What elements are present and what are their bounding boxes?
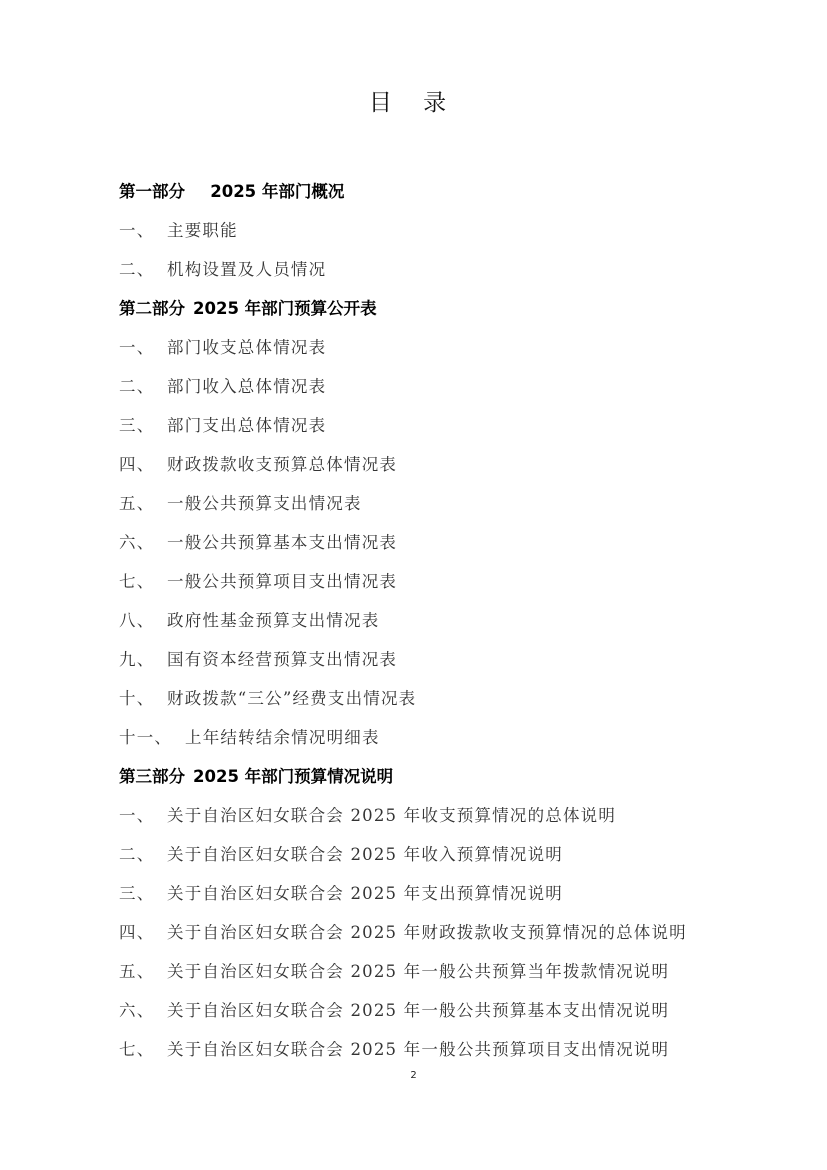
page-number: 2 [0, 1070, 827, 1081]
item-text: 关于自治区妇女联合会 2025 年收入预算情况说明 [167, 841, 563, 869]
item-number: 一、 [119, 217, 167, 245]
toc-item[interactable]: 五、一般公共预算支出情况表 [119, 484, 759, 523]
toc-item[interactable]: 七、关于自治区妇女联合会 2025 年一般公共预算项目支出情况说明 [119, 1030, 759, 1069]
toc-title: 目 录 [0, 84, 827, 117]
item-text: 一般公共预算项目支出情况表 [167, 568, 397, 596]
item-number: 七、 [119, 1036, 167, 1064]
part-heading: 2025 年部门预算公开表 [193, 295, 377, 323]
item-number: 七、 [119, 568, 167, 596]
toc-item[interactable]: 一、关于自治区妇女联合会 2025 年收支预算情况的总体说明 [119, 796, 759, 835]
part-label: 第三部分 [119, 763, 185, 791]
item-text: 关于自治区妇女联合会 2025 年支出预算情况说明 [167, 880, 563, 908]
toc-item[interactable]: 十、财政拨款“三公”经费支出情况表 [119, 679, 759, 718]
item-text: 关于自治区妇女联合会 2025 年一般公共预算当年拨款情况说明 [167, 958, 669, 986]
toc-item[interactable]: 六、一般公共预算基本支出情况表 [119, 523, 759, 562]
item-number: 六、 [119, 997, 167, 1025]
toc-item[interactable]: 二、关于自治区妇女联合会 2025 年收入预算情况说明 [119, 835, 759, 874]
toc-item[interactable]: 七、一般公共预算项目支出情况表 [119, 562, 759, 601]
toc-item[interactable]: 九、国有资本经营预算支出情况表 [119, 640, 759, 679]
part-heading: 2025 年部门概况 [210, 178, 344, 206]
item-number: 二、 [119, 256, 167, 284]
item-text: 主要职能 [167, 217, 238, 245]
item-text: 国有资本经营预算支出情况表 [167, 646, 397, 674]
item-number: 五、 [119, 958, 167, 986]
item-text: 机构设置及人员情况 [167, 256, 326, 284]
item-number: 一、 [119, 334, 167, 362]
item-text: 一般公共预算基本支出情况表 [167, 529, 397, 557]
item-text: 关于自治区妇女联合会 2025 年一般公共预算基本支出情况说明 [167, 997, 669, 1025]
toc-item[interactable]: 四、关于自治区妇女联合会 2025 年财政拨款收支预算情况的总体说明 [119, 913, 759, 952]
part-label: 第一部分 [119, 178, 185, 206]
item-number: 四、 [119, 919, 167, 947]
item-number: 三、 [119, 880, 167, 908]
item-number: 二、 [119, 841, 167, 869]
toc-item[interactable]: 五、关于自治区妇女联合会 2025 年一般公共预算当年拨款情况说明 [119, 952, 759, 991]
item-number: 三、 [119, 412, 167, 440]
toc-item[interactable]: 十一、上年结转结余情况明细表 [119, 718, 759, 757]
item-number: 十、 [119, 685, 167, 713]
item-text: 关于自治区妇女联合会 2025 年收支预算情况的总体说明 [167, 802, 616, 830]
item-number: 四、 [119, 451, 167, 479]
toc-item[interactable]: 一、部门收支总体情况表 [119, 328, 759, 367]
item-number: 二、 [119, 373, 167, 401]
toc-item[interactable]: 二、部门收入总体情况表 [119, 367, 759, 406]
item-text: 一般公共预算支出情况表 [167, 490, 362, 518]
toc-item[interactable]: 三、关于自治区妇女联合会 2025 年支出预算情况说明 [119, 874, 759, 913]
item-number: 九、 [119, 646, 167, 674]
toc-part-1[interactable]: 第一部分 2025 年部门概况 [119, 172, 759, 211]
item-number: 五、 [119, 490, 167, 518]
item-text: 财政拨款“三公”经费支出情况表 [167, 685, 416, 713]
toc-item[interactable]: 四、财政拨款收支预算总体情况表 [119, 445, 759, 484]
toc-item[interactable]: 八、政府性基金预算支出情况表 [119, 601, 759, 640]
item-text: 部门收入总体情况表 [167, 373, 326, 401]
table-of-contents: 第一部分 2025 年部门概况 一、 主要职能 二、 机构设置及人员情况 第二部… [119, 172, 759, 1069]
item-text: 关于自治区妇女联合会 2025 年财政拨款收支预算情况的总体说明 [167, 919, 687, 947]
part-label: 第二部分 [119, 295, 185, 323]
item-number: 十一、 [119, 724, 185, 752]
toc-part-2[interactable]: 第二部分 2025 年部门预算公开表 [119, 289, 759, 328]
item-text: 上年结转结余情况明细表 [185, 724, 380, 752]
toc-item[interactable]: 二、 机构设置及人员情况 [119, 250, 759, 289]
item-text: 部门支出总体情况表 [167, 412, 326, 440]
item-number: 一、 [119, 802, 167, 830]
item-number: 八、 [119, 607, 167, 635]
toc-item[interactable]: 一、 主要职能 [119, 211, 759, 250]
item-number: 六、 [119, 529, 167, 557]
toc-part-3[interactable]: 第三部分 2025 年部门预算情况说明 [119, 757, 759, 796]
toc-item[interactable]: 三、部门支出总体情况表 [119, 406, 759, 445]
part-heading: 2025 年部门预算情况说明 [193, 763, 393, 791]
item-text: 部门收支总体情况表 [167, 334, 326, 362]
item-text: 关于自治区妇女联合会 2025 年一般公共预算项目支出情况说明 [167, 1036, 669, 1064]
toc-item[interactable]: 六、关于自治区妇女联合会 2025 年一般公共预算基本支出情况说明 [119, 991, 759, 1030]
item-text: 财政拨款收支预算总体情况表 [167, 451, 397, 479]
item-text: 政府性基金预算支出情况表 [167, 607, 379, 635]
